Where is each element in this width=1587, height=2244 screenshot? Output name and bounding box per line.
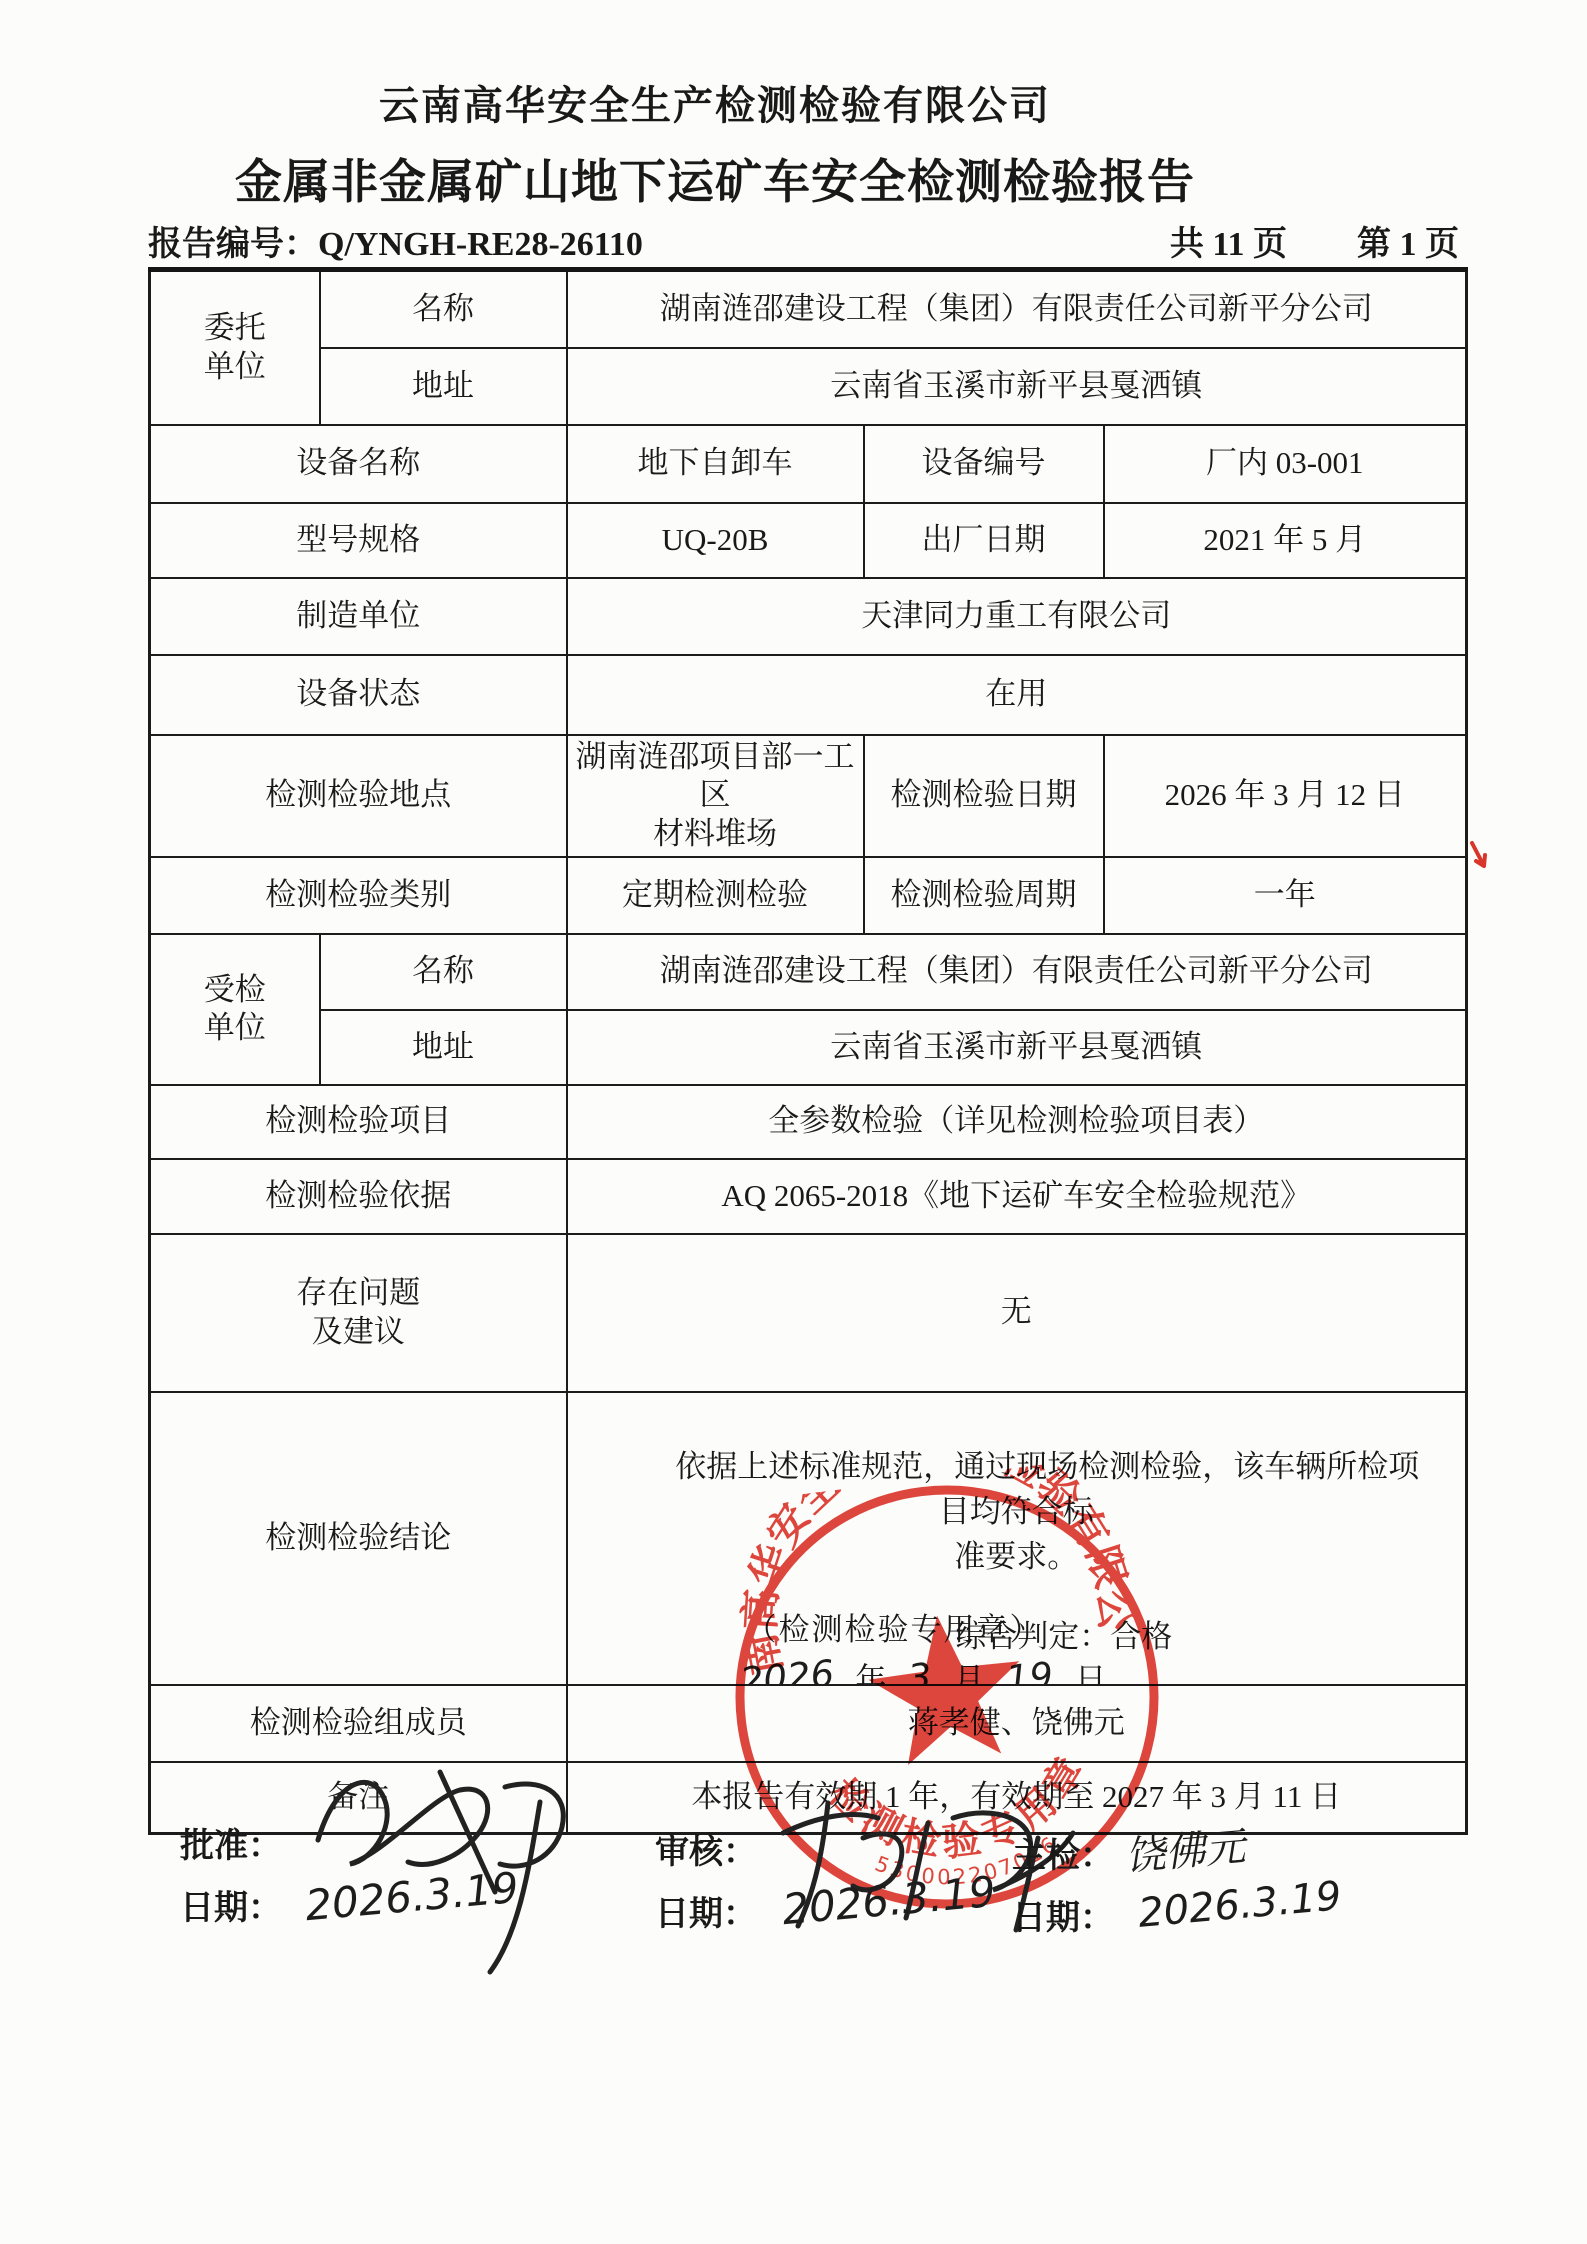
mfg-date-value: 2021 年 5 月: [1104, 503, 1467, 578]
page-counter: 共 11 页第 1 页: [1170, 216, 1459, 265]
client-name-value: 湖南涟邵建设工程（集团）有限责任公司新平分公司: [567, 270, 1467, 348]
inspected-addr-value: 云南省玉溪市新平县戛洒镇: [567, 1010, 1467, 1085]
table-row: 检测检验类别 定期检测检验 检测检验周期 一年: [150, 857, 1467, 934]
cycle-value: 一年: [1104, 857, 1467, 934]
table-row: 地址 云南省玉溪市新平县戛洒镇: [150, 1010, 1467, 1085]
category-value: 定期检测检验: [567, 857, 864, 934]
basis-label: 检测检验依据: [150, 1159, 567, 1234]
location-label: 检测检验地点: [150, 735, 567, 857]
table-row: 设备状态 在用: [150, 655, 1467, 735]
chief-date-label: 日期：: [1012, 1890, 1114, 1939]
organization-title: 云南高华安全生产检测检验有限公司: [0, 74, 1430, 131]
report-no-value: Q/YNGH-RE28-26110: [318, 226, 643, 263]
pages-total: 共 11 页: [1170, 226, 1287, 263]
category-label: 检测检验类别: [150, 857, 567, 934]
items-value: 全参数检验（详见检测检验项目表）: [567, 1085, 1467, 1159]
conclusion-label: 检测检验结论: [150, 1392, 567, 1685]
approve-label: 批准：: [180, 1818, 282, 1867]
inspected-name-label: 名称: [320, 934, 567, 1010]
table-row: 型号规格 UQ-20B 出厂日期 2021 年 5 月: [150, 503, 1467, 578]
basis-value: AQ 2065-2018《地下运矿车安全检验规范》: [567, 1159, 1467, 1234]
problems-label: 存在问题 及建议: [150, 1234, 567, 1392]
review-date-label: 日期：: [655, 1886, 757, 1935]
report-page: 云南高华安全生产检测检验有限公司 金属非金属矿山地下运矿车安全检测检验报告 报告…: [0, 0, 1587, 2244]
client-addr-label: 地址: [320, 348, 567, 425]
device-name-value: 地下自卸车: [567, 425, 864, 503]
seal-star-icon: [861, 1606, 1030, 1768]
inspected-addr-label: 地址: [320, 1010, 567, 1085]
approve-date-label: 日期：: [180, 1880, 282, 1929]
manufacturer-value: 天津同力重工有限公司: [567, 578, 1467, 655]
device-no-label: 设备编号: [864, 425, 1104, 503]
device-name-label: 设备名称: [150, 425, 567, 503]
report-header: 云南高华安全生产检测检验有限公司 金属非金属矿山地下运矿车安全检测检验报告: [0, 74, 1430, 212]
model-label: 型号规格: [150, 503, 567, 578]
inspected-group-label: 受检 单位: [150, 934, 320, 1085]
status-value: 在用: [567, 655, 1467, 735]
table-row: 委托 单位 名称 湖南涟邵建设工程（集团）有限责任公司新平分公司: [150, 270, 1467, 348]
manufacturer-label: 制造单位: [150, 578, 567, 655]
client-group-label: 委托 单位: [150, 270, 320, 425]
table-row: 受检 单位 名称 湖南涟邵建设工程（集团）有限责任公司新平分公司: [150, 934, 1467, 1010]
table-row: 制造单位 天津同力重工有限公司: [150, 578, 1467, 655]
items-label: 检测检验项目: [150, 1085, 567, 1159]
chief-label: 主检：: [1012, 1828, 1114, 1877]
approve-signature: [290, 1742, 620, 1977]
insp-date-label: 检测检验日期: [864, 735, 1104, 857]
table-row: 检测检验依据 AQ 2065-2018《地下运矿车安全检验规范》: [150, 1159, 1467, 1234]
table-row: 检测检验地点 湖南涟邵项目部一工区 材料堆场 检测检验日期 2026 年 3 月…: [150, 735, 1467, 857]
cycle-label: 检测检验周期: [864, 857, 1104, 934]
client-addr-value: 云南省玉溪市新平县戛洒镇: [567, 348, 1467, 425]
table-row: 设备名称 地下自卸车 设备编号 厂内 03-001: [150, 425, 1467, 503]
location-value: 湖南涟邵项目部一工区 材料堆场: [567, 735, 864, 857]
report-title: 金属非金属矿山地下运矿车安全检测检验报告: [0, 145, 1430, 212]
mfg-date-label: 出厂日期: [864, 503, 1104, 578]
model-value: UQ-20B: [567, 503, 864, 578]
device-no-value: 厂内 03-001: [1104, 425, 1467, 503]
report-meta-line: 报告编号：Q/YNGH-RE28-26110 共 11 页第 1 页: [148, 216, 1465, 265]
table-row: 存在问题 及建议 无: [150, 1234, 1467, 1392]
report-no-label: 报告编号：: [148, 226, 318, 263]
status-label: 设备状态: [150, 655, 567, 735]
chief-signature: 饶佛元: [1123, 1815, 1248, 1882]
client-name-label: 名称: [320, 270, 567, 348]
red-pen-mark: [1468, 840, 1496, 880]
insp-date-value: 2026 年 3 月 12 日: [1104, 735, 1467, 857]
problems-value: 无: [567, 1234, 1467, 1392]
inspected-name-value: 湖南涟邵建设工程（集团）有限责任公司新平分公司: [567, 934, 1467, 1010]
table-row: 地址 云南省玉溪市新平县戛洒镇: [150, 348, 1467, 425]
page-current: 第 1 页: [1357, 226, 1459, 263]
table-row: 检测检验项目 全参数检验（详见检测检验项目表）: [150, 1085, 1467, 1159]
review-label: 审核：: [655, 1824, 757, 1873]
